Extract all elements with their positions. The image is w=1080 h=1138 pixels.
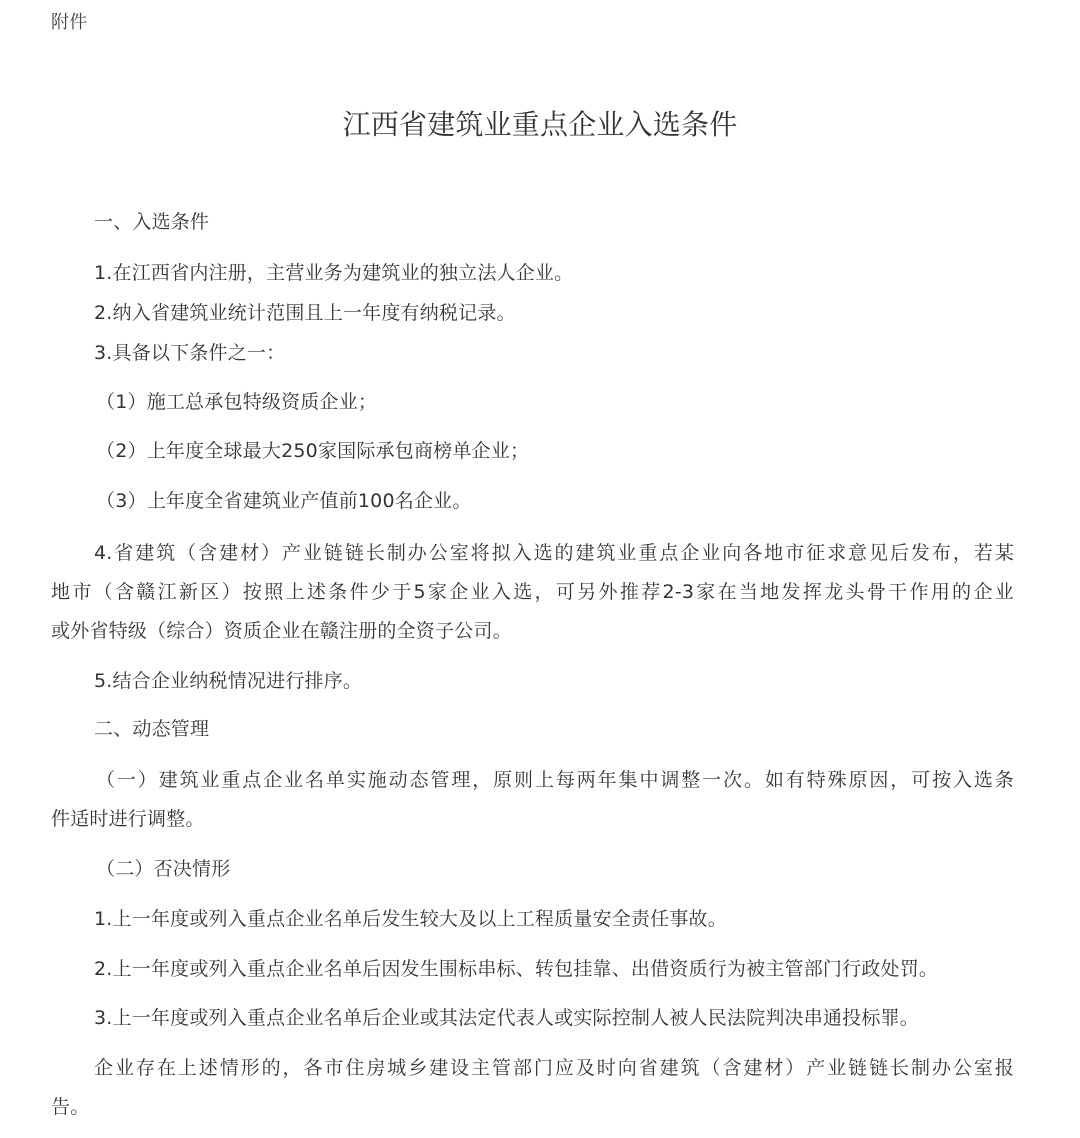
dynamic-management-part1-line-2: 件适时进行调整。 <box>51 806 205 832</box>
section-heading-dynamic-management: 二、动态管理 <box>94 716 209 742</box>
criteria-item-4-line-3: 或外省特级（综合）资质企业在赣注册的全资子公司。 <box>51 618 512 644</box>
criteria-item-3: 3.具备以下条件之一： <box>94 340 285 366</box>
criteria-sub-item-1: （1）施工总承包特级资质企业； <box>96 389 377 415</box>
veto-item-3: 3.上一年度或列入重点企业名单后企业或其法定代表人或实际控制人被人民法院判决串通… <box>94 1005 919 1031</box>
dynamic-management-part1-line-1: （一）建筑业重点企业名单实施动态管理，原则上每两年集中调整一次。如有特殊原因，可… <box>96 767 1014 793</box>
closing-line-2: 告。 <box>51 1094 89 1120</box>
veto-item-2: 2.上一年度或列入重点企业名单后因发生围标串标、转包挂靠、出借资质行为被主管部门… <box>94 956 938 982</box>
criteria-item-4-line-1: 4.省建筑（含建材）产业链链长制办公室将拟入选的建筑业重点企业向各地市征求意见后… <box>94 540 1014 566</box>
criteria-item-4-line-2: 地市（含赣江新区）按照上述条件少于5家企业入选，可另外推荐2-3家在当地发挥龙头… <box>51 579 1014 605</box>
criteria-sub-item-2: （2）上年度全球最大250家国际承包商榜单企业； <box>96 438 529 464</box>
closing-line-1: 企业存在上述情形的，各市住房城乡建设主管部门应及时向省建筑（含建材）产业链链长制… <box>94 1055 1014 1081</box>
attachment-label: 附件 <box>51 10 87 36</box>
criteria-item-2: 2.纳入省建筑业统计范围且上一年度有纳税记录。 <box>94 300 516 326</box>
section-heading-selection-criteria: 一、入选条件 <box>94 209 209 235</box>
document-title: 江西省建筑业重点企业入选条件 <box>0 108 1080 142</box>
veto-item-1: 1.上一年度或列入重点企业名单后发生较大及以上工程质量安全责任事故。 <box>94 906 727 932</box>
criteria-item-1: 1.在江西省内注册，主营业务为建筑业的独立法人企业。 <box>94 260 573 286</box>
criteria-sub-item-3: （3）上年度全省建筑业产值前100名企业。 <box>96 488 472 514</box>
veto-heading: （二）否决情形 <box>96 856 230 882</box>
criteria-item-5: 5.结合企业纳税情况进行排序。 <box>94 668 362 694</box>
